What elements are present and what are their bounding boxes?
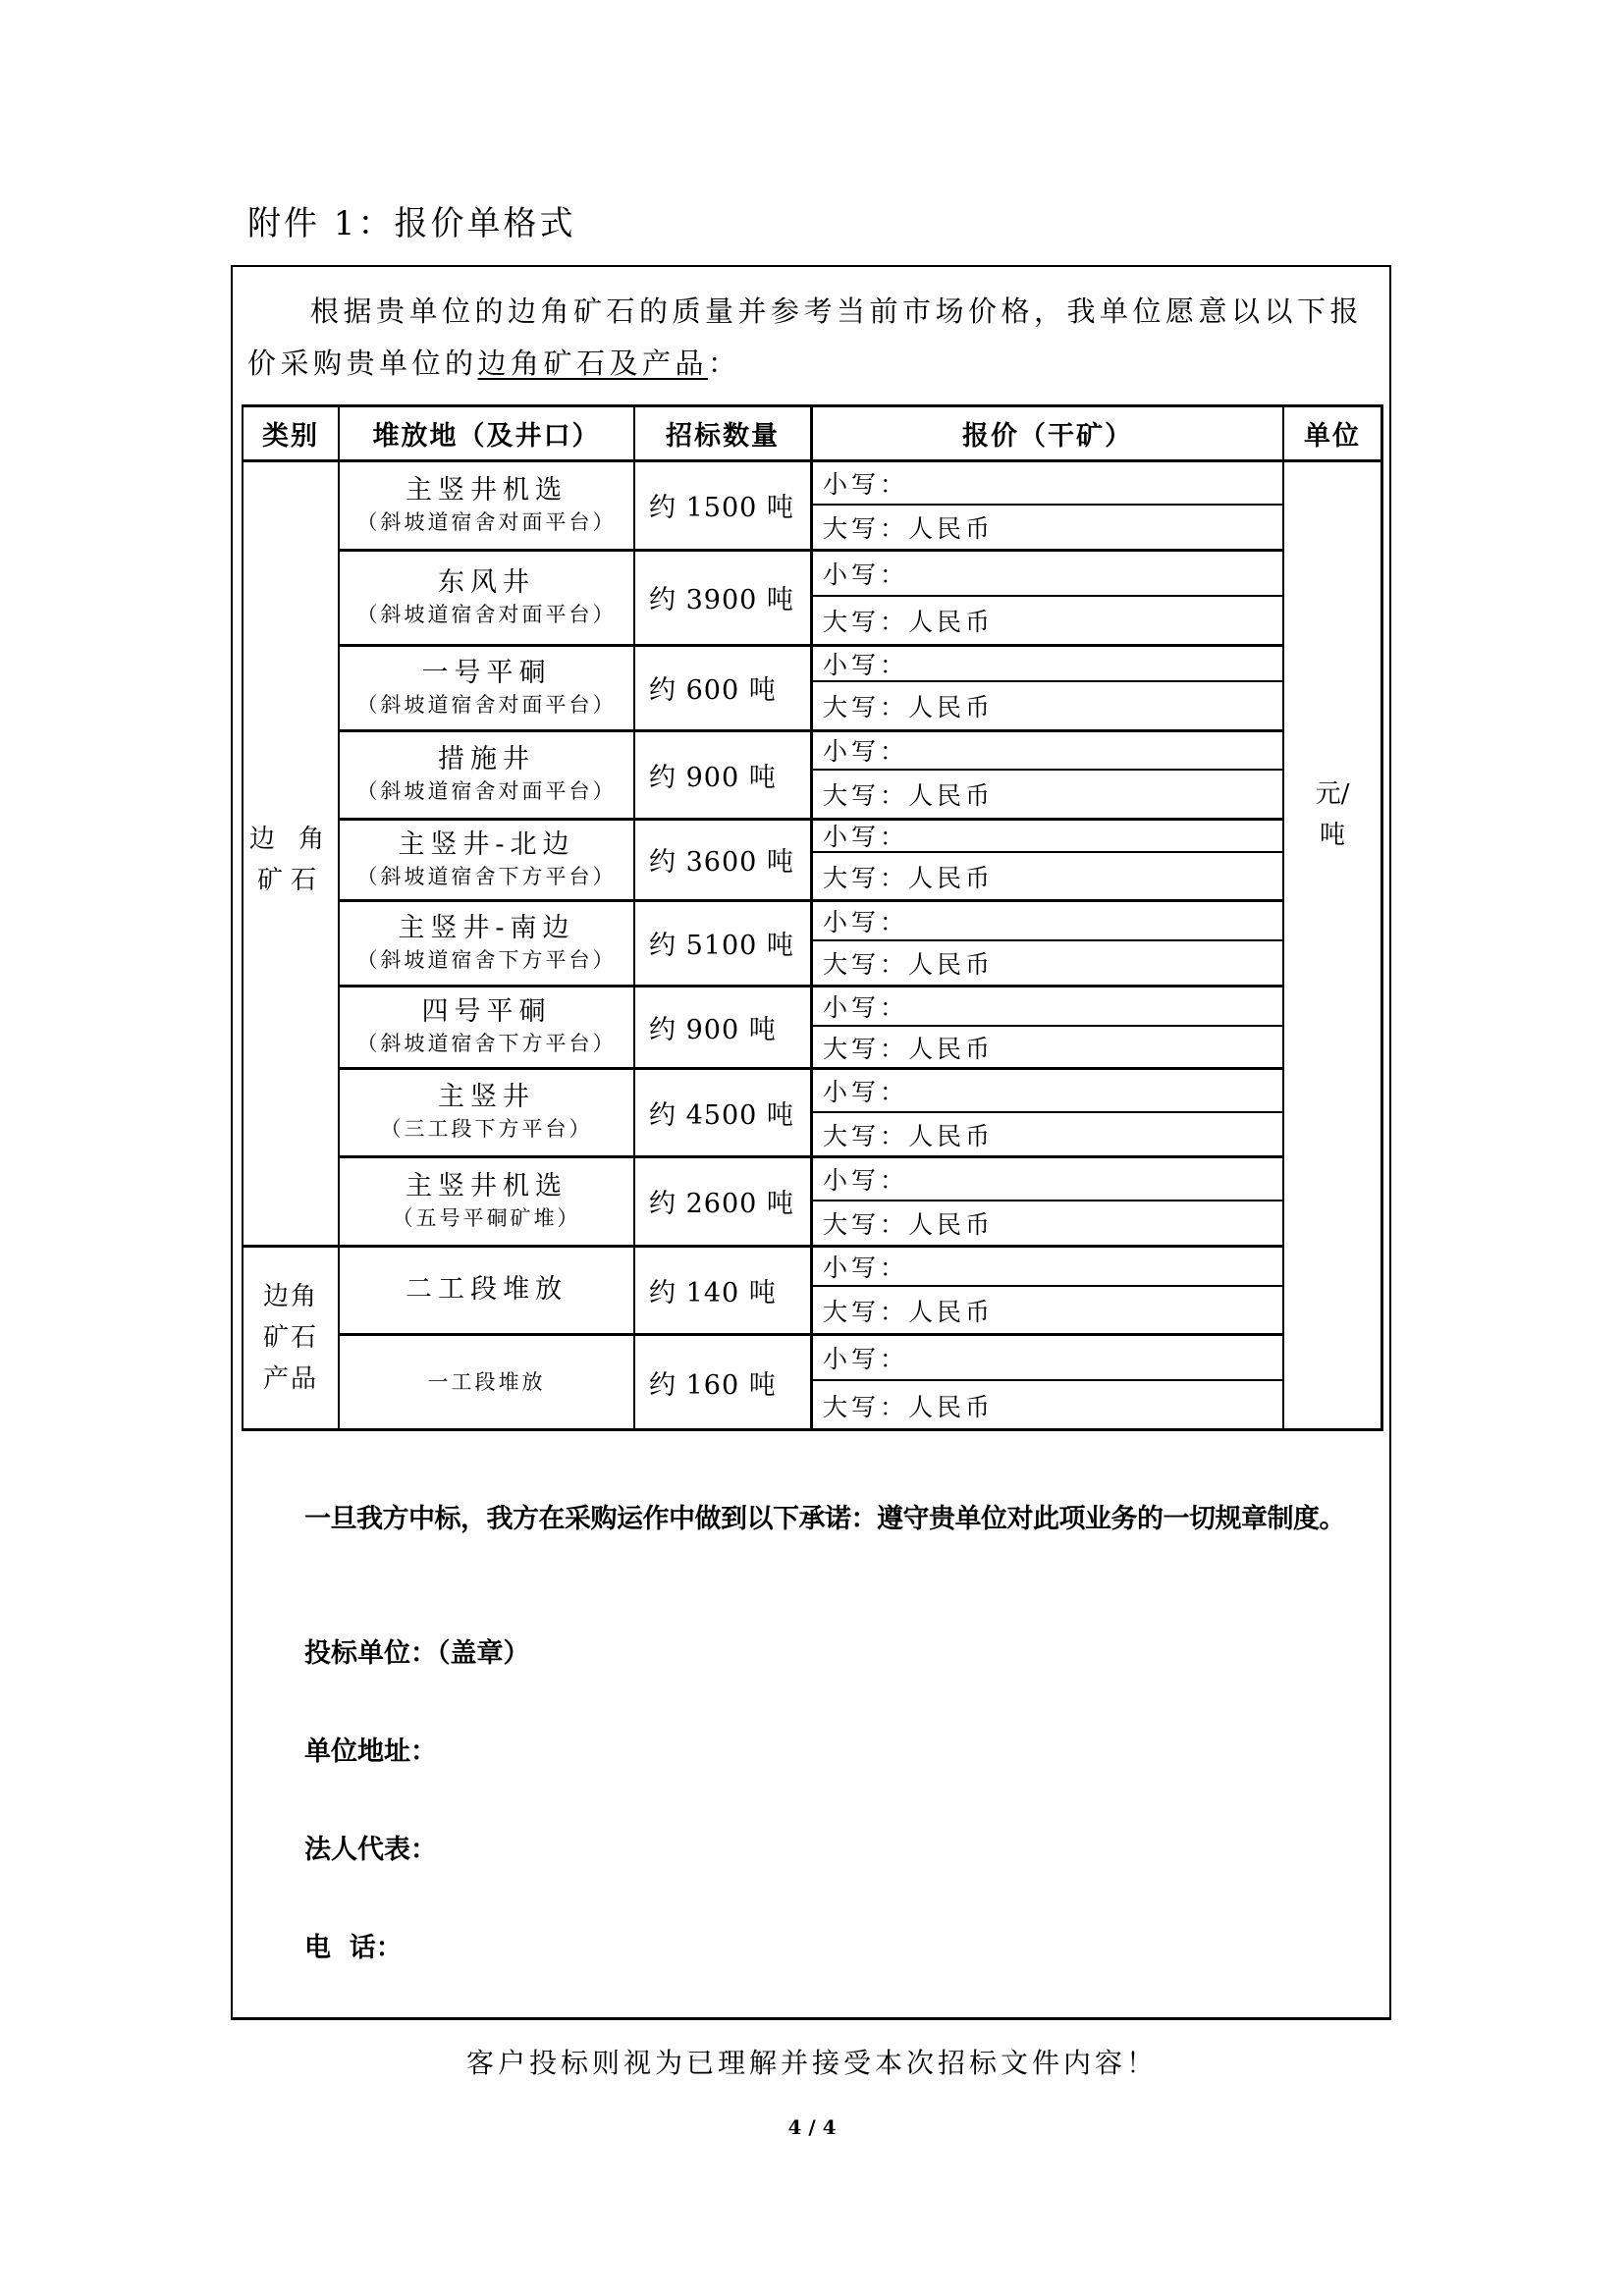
price-upper-field[interactable]: 大写：人民币 <box>823 506 1274 549</box>
location-detail: （斜坡道宿舍对面平台） <box>357 507 617 537</box>
footer-note: 客户投标则视为已理解并接受本次招标文件内容！ <box>0 2042 1624 2081</box>
location-cell: 主竖井-南边（斜坡道宿舍下方平台） <box>340 901 633 985</box>
price-upper-field[interactable]: 大写：人民币 <box>823 771 1274 818</box>
table-border-right <box>1380 404 1383 1431</box>
field-address[interactable]: 单位地址： <box>304 1730 437 1768</box>
price-upper-field[interactable]: 大写：人民币 <box>823 853 1274 899</box>
price-lower-field[interactable]: 小写： <box>823 1069 1274 1111</box>
intro-prefix: 价采购贵单位的 <box>247 347 478 380</box>
location-name: 二工段堆放 <box>406 1273 568 1307</box>
header-category: 类别 <box>244 406 338 459</box>
location-detail: （五号平硐矿堆） <box>393 1203 581 1233</box>
price-lower-field[interactable]: 小写： <box>823 646 1274 680</box>
location-detail: （斜坡道宿舍下方平台） <box>357 1029 617 1058</box>
unit-value: 元/ 吨 <box>1284 766 1380 864</box>
quantity-cell: 约 140 吨 <box>635 1247 810 1333</box>
intro-suffix: ： <box>708 347 741 380</box>
field-bidder[interactable]: 投标单位：（盖章） <box>304 1631 530 1670</box>
field-phone[interactable]: 电 话： <box>304 1926 403 1964</box>
location-name: 主竖井机选 <box>406 1170 568 1203</box>
category-ore-products: 边角 矿石 产品 <box>244 1247 338 1429</box>
location-detail: （斜坡道宿舍对面平台） <box>357 690 617 720</box>
price-upper-field[interactable]: 大写：人民币 <box>823 1381 1274 1429</box>
col-divider-4 <box>1282 404 1284 1431</box>
location-name: 主竖井-北边 <box>398 828 574 862</box>
header-unit: 单位 <box>1284 406 1380 459</box>
location-name: 四号平硐 <box>422 995 552 1029</box>
quantity-cell: 约 900 吨 <box>635 731 810 818</box>
category-products-line1: 边角 <box>263 1276 318 1317</box>
price-lower-field[interactable]: 小写： <box>823 820 1274 851</box>
quantity-cell: 约 3600 吨 <box>635 820 810 899</box>
location-cell: 主竖井机选（斜坡道宿舍对面平台） <box>340 461 633 549</box>
header-quantity: 招标数量 <box>635 406 810 459</box>
price-upper-field[interactable]: 大写：人民币 <box>823 682 1274 729</box>
location-cell: 二工段堆放 <box>340 1247 633 1333</box>
quantity-cell: 约 900 吨 <box>635 987 810 1067</box>
price-lower-field[interactable]: 小写： <box>823 901 1274 939</box>
price-lower-field[interactable]: 小写： <box>823 551 1274 595</box>
location-name: 主竖井机选 <box>406 474 568 507</box>
location-detail: （斜坡道宿舍对面平台） <box>357 776 617 806</box>
location-name: 措施井 <box>438 743 535 776</box>
field-legal-rep[interactable]: 法人代表： <box>304 1828 437 1866</box>
category-ore-line2: 矿石 <box>257 860 324 901</box>
intro-line-1: 根据贵单位的边角矿石的质量并参考当前市场价格，我单位愿意以以下报 <box>247 294 1386 328</box>
location-detail: （斜坡道宿舍下方平台） <box>357 945 617 975</box>
location-detail: （斜坡道宿舍下方平台） <box>357 862 617 891</box>
price-upper-field[interactable]: 大写：人民币 <box>823 597 1274 644</box>
price-upper-field[interactable]: 大写：人民币 <box>823 1201 1274 1245</box>
price-lower-field[interactable]: 小写： <box>823 987 1274 1025</box>
category-ore: 边 角 矿石 <box>244 819 338 903</box>
unit-line2: 吨 <box>1320 815 1345 856</box>
price-lower-field[interactable]: 小写： <box>823 1335 1274 1379</box>
quantity-cell: 约 3900 吨 <box>635 551 810 644</box>
location-cell: 一工段堆放 <box>340 1335 633 1429</box>
price-upper-field[interactable]: 大写：人民币 <box>823 1287 1274 1333</box>
quantity-cell: 约 1500 吨 <box>635 461 810 549</box>
quantity-cell: 约 4500 吨 <box>635 1069 810 1155</box>
location-cell: 一号平硐（斜坡道宿舍对面平台） <box>340 646 633 729</box>
location-detail: （三工段下方平台） <box>381 1114 593 1144</box>
category-ore-line1: 边 角 <box>249 819 332 860</box>
quantity-cell: 约 600 吨 <box>635 646 810 729</box>
intro-line-2: 价采购贵单位的边角矿石及产品： <box>247 347 1386 380</box>
quantity-cell: 约 160 吨 <box>635 1335 810 1429</box>
price-lower-field[interactable]: 小写： <box>823 1157 1274 1200</box>
header-price: 报价（干矿） <box>813 406 1282 459</box>
price-lower-field[interactable]: 小写： <box>823 461 1274 504</box>
intro-underlined-subject: 边角矿石及产品 <box>478 347 709 380</box>
header-location: 堆放地（及井口） <box>340 406 633 459</box>
location-cell: 措施井（斜坡道宿舍对面平台） <box>340 731 633 818</box>
location-cell: 四号平硐（斜坡道宿舍下方平台） <box>340 987 633 1067</box>
col-divider-3 <box>810 404 813 1431</box>
location-cell: 主竖井机选（五号平硐矿堆） <box>340 1157 633 1245</box>
location-name: 东风井 <box>438 566 535 600</box>
location-name: 主竖井 <box>438 1081 535 1114</box>
location-cell: 东风井（斜坡道宿舍对面平台） <box>340 551 633 644</box>
commitment-statement: 一旦我方中标，我方在采购运作中做到以下承诺：遵守贵单位对此项业务的一切规章制度。 <box>304 1497 1345 1535</box>
price-lower-field[interactable]: 小写： <box>823 731 1274 769</box>
category-products-line3: 产品 <box>263 1359 318 1400</box>
location-cell: 主竖井-北边（斜坡道宿舍下方平台） <box>340 820 633 899</box>
quantity-cell: 约 2600 吨 <box>635 1157 810 1245</box>
unit-line1: 元/ <box>1316 774 1350 815</box>
location-name: 一号平硐 <box>422 657 552 690</box>
page-number: 4 / 4 <box>0 2115 1624 2139</box>
location-name: 一工段堆放 <box>428 1367 546 1397</box>
quantity-cell: 约 5100 吨 <box>635 901 810 985</box>
price-lower-field[interactable]: 小写： <box>823 1247 1274 1285</box>
price-upper-field[interactable]: 大写：人民币 <box>823 1113 1274 1155</box>
location-detail: （斜坡道宿舍对面平台） <box>357 600 617 629</box>
location-name: 主竖井-南边 <box>398 912 574 945</box>
page-title: 附件 1：报价单格式 <box>247 196 575 244</box>
location-cell: 主竖井（三工段下方平台） <box>340 1069 633 1155</box>
category-products-line2: 矿石 <box>263 1317 318 1359</box>
price-upper-field[interactable]: 大写：人民币 <box>823 1027 1274 1067</box>
price-upper-field[interactable]: 大写：人民币 <box>823 941 1274 985</box>
